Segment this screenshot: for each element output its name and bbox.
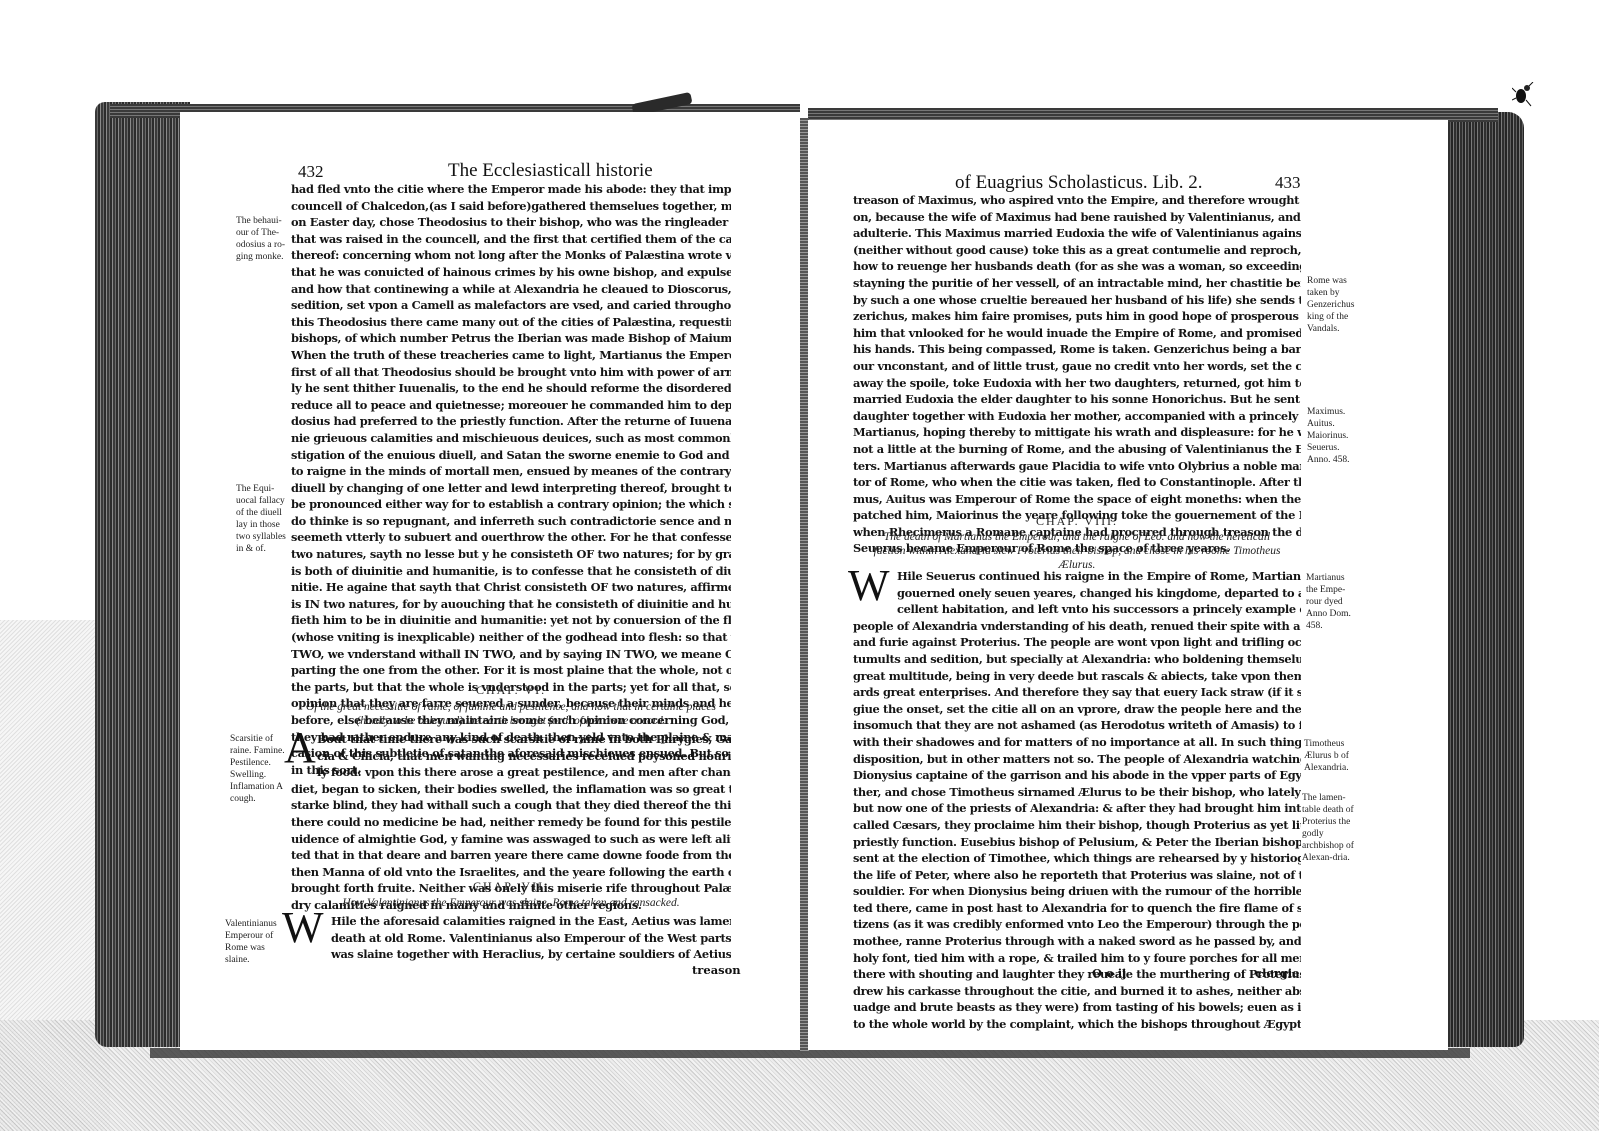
running-head-left: The Ecclesiasticall historie (448, 160, 653, 182)
text-line: cellent habitation, and left vnto his su… (853, 601, 1301, 618)
book-fore-edge-left (95, 102, 190, 1047)
text-line: disposition, but in other matters not so… (853, 751, 1301, 768)
text-line: fieth him to be in diuinitie and humanit… (291, 612, 731, 629)
insect-icon (1512, 82, 1534, 108)
text-line: first of all that Theodosius should be b… (291, 364, 731, 381)
text-line: insomuch that they are not ashamed (as H… (853, 717, 1301, 734)
margin-note: Maximus. Auitus. Maiorinus. Seuerus. Ann… (1307, 406, 1353, 466)
text-line: ards great enterprises. And therefore th… (853, 684, 1301, 701)
text-line: priestly function. Eusebius bishop of Pe… (853, 834, 1301, 851)
text-line: and how that continewing a while at Alex… (291, 281, 731, 298)
text-line: ters. Martianus afterwards gaue Placidia… (853, 458, 1301, 475)
text-line: his hands. This being compassed, Rome is… (853, 341, 1301, 358)
text-line: married Eudoxia the elder daughter to hi… (853, 391, 1301, 408)
text-line: how to reuenge her husbands death (for a… (853, 258, 1301, 275)
margin-note: The behaui-our of The-odosius a ro-ging … (236, 215, 292, 263)
margin-note: Martianus the Empe-rour dyed Anno Dom. 4… (1306, 572, 1354, 632)
running-head-right: of Euagrius Scholasticus. Lib. 2. (955, 172, 1203, 194)
text-line: ly he sent thither Iuuenalis, to the end… (291, 380, 731, 397)
margin-note: Scarsitie of raine. Famine. Pestilence. … (230, 733, 288, 805)
text-line: tizens (as it was credibly enformed vnto… (853, 916, 1301, 933)
text-line: on, because the wife of Maximus had bene… (853, 209, 1301, 226)
text-line: that he was conuicted of hainous crimes … (291, 264, 731, 281)
text-line: then Manna of old vnto the Israelites, a… (291, 864, 731, 881)
margin-note: The Equi-uocal fallacy of the diuell lay… (236, 483, 292, 555)
text-line: stayning the puritie of her vessell, of … (853, 275, 1301, 292)
text-line: drew his carkasse throughout the citie, … (853, 983, 1301, 1000)
text-line: but now one of the priests of Alexandria… (853, 800, 1301, 817)
chapter-8-summary: The death of Martianus the Emperour, and… (870, 530, 1284, 572)
text-line: this Theodosius there came many out of t… (291, 314, 731, 331)
text-line: him that vnlooked for he would inuade th… (853, 325, 1301, 342)
text-line: cia & Cilicia, that men wanting necessar… (291, 748, 731, 765)
book-fore-edge-right (1448, 112, 1524, 1047)
right-body-text: treason of Maximus, who aspired vnto the… (853, 192, 1301, 557)
text-line: ted that in that deare and barren yeare … (291, 847, 731, 864)
text-line: reduce all to peace and quietnesse; more… (291, 397, 731, 414)
chapter-7-heading: CHAP. VII. (291, 879, 731, 894)
text-line: death at old Rome. Valentinianus also Em… (291, 930, 731, 947)
text-line: dosius had preferred to the priestly fun… (291, 413, 731, 430)
chapter-6-summary: Of the great necessitie of raine, of fam… (291, 700, 731, 728)
text-line: our vnconstant, and of little trust, gau… (853, 358, 1301, 375)
text-line: great multitude, being in very deede but… (853, 668, 1301, 685)
text-line: Martianus, hoping thereby to mittigate h… (853, 424, 1301, 441)
text-line: mothee, ranne Proterius through with a n… (853, 933, 1301, 950)
text-line: is both of diuinitie and humanitie, is t… (291, 563, 731, 580)
text-line: uadge and brute beasts as they were) fro… (853, 999, 1301, 1016)
text-line: holy font, tied him with a rope, & trail… (853, 950, 1301, 967)
text-line: that was raised in the councell, and the… (291, 231, 731, 248)
text-line: be pronounced either way for to establis… (291, 496, 731, 513)
text-line: TWO, we vnderstand withall IN TWO, and b… (291, 646, 731, 663)
text-line: to the whole world by the complaint, whi… (853, 1016, 1301, 1033)
text-line: people of Alexandria vnderstanding of hi… (853, 618, 1301, 635)
text-line: called Cæsars, they proclaime him their … (853, 817, 1301, 834)
text-line: by such a one whose crueltie bereaued he… (853, 292, 1301, 309)
catchword-right: clergie (1255, 966, 1299, 980)
text-line: stigation of the enuious diuell, and Sat… (291, 447, 731, 464)
page-number-left: 432 (298, 162, 324, 182)
text-line: daughter together with Eudoxia her mothe… (853, 408, 1301, 425)
text-line: is IN two natures, for by auouching that… (291, 596, 731, 613)
text-line: nie grieuous calamities and mischieuous … (291, 430, 731, 447)
text-line: Dionysius captaine of the garrison and h… (853, 767, 1301, 784)
text-line: on Easter day, chose Theodosius to their… (291, 214, 731, 231)
text-line: tumults and sedition, but specially at A… (853, 651, 1301, 668)
text-line: gouerned onely seuen yeares, changed his… (853, 585, 1301, 602)
catchword-left: treason (692, 963, 741, 977)
text-line: starke blind, they had withall such a co… (291, 797, 731, 814)
text-line: zerichus, makes him faire promises, puts… (853, 308, 1301, 325)
chapter-8-body: Hile Seuerus continued his raigne in the… (853, 568, 1301, 1033)
text-line: adulterie. This Maximus married Eudoxia … (853, 225, 1301, 242)
margin-note: Valentinianus Emperour of Rome was slain… (225, 918, 287, 966)
text-line: tor of Rome, who when the citie was take… (853, 474, 1301, 491)
text-line: treason of Maximus, who aspired vnto the… (853, 192, 1301, 209)
chapter-6-heading: CHAP. VI. (291, 683, 731, 698)
text-line: there with shouting and laughter they re… (853, 966, 1301, 983)
text-line: (neither without good cause) toke this a… (853, 242, 1301, 259)
chapter-7-body: Hile the aforesaid calamities raigned in… (291, 913, 731, 963)
margin-note: Timotheus Ælurus b of Alexandria. (1304, 738, 1356, 774)
text-line: Hile Seuerus continued his raigne in the… (853, 568, 1301, 585)
text-line: diuell by changing of one letter and lew… (291, 480, 731, 497)
text-line: not a little at the burning of Rome, and… (853, 441, 1301, 458)
text-line: (whose vniting is inexplicable) neither … (291, 629, 731, 646)
text-line: ther, and chose Timotheus sirnamed Æluru… (853, 784, 1301, 801)
text-line: When the truth of these treacheries came… (291, 347, 731, 364)
text-line: uidence of almightie God, y famine was a… (291, 831, 731, 848)
margin-note: The lamen-table death of Proterius the g… (1302, 792, 1356, 864)
margin-note: Rome was taken by Genzerichus king of th… (1307, 275, 1353, 335)
text-line: diet, began to sicken, their bodies swel… (291, 781, 731, 798)
text-line: Hile the aforesaid calamities raigned in… (291, 913, 731, 930)
text-line: with their shadowes and for matters of n… (853, 734, 1301, 751)
text-line: do thinke is so repugnant, and inferreth… (291, 513, 731, 530)
page-number-right: 433 (1275, 173, 1301, 193)
text-line: there could no medicine be had, neither … (291, 814, 731, 831)
text-line: away the spoile, toke Eudoxia with her t… (853, 375, 1301, 392)
text-line: to raigne in the minds of mortall men, e… (291, 463, 731, 480)
text-line: mus, Auitus was Emperour of Rome the spa… (853, 491, 1301, 508)
text-line: and furie against Proterius. The people … (853, 634, 1301, 651)
text-line: souldier. For when Dionysius being driue… (853, 883, 1301, 900)
text-line: was slaine together with Heraclius, by c… (291, 946, 731, 963)
text-line: councell of Chalcedon,(as I said before)… (291, 198, 731, 215)
text-line: bishops, of which number Petrus the Iber… (291, 330, 731, 347)
text-line: the life of Peter, where also he reporte… (853, 867, 1301, 884)
text-line: ted there, came in post hast to Alexandr… (853, 900, 1301, 917)
text-line: sedition, set vpon a Camell as malefacto… (291, 297, 731, 314)
text-line: parting the one from the other. For it i… (291, 662, 731, 679)
text-line: ly food: vpon this there arose a great p… (291, 764, 731, 781)
text-line: seemeth vtterly to subuert and ouerthrow… (291, 529, 731, 546)
text-line: two natures, sayth no lesse but y he con… (291, 546, 731, 563)
text-line: sent at the election of Timothee, which … (853, 850, 1301, 867)
chapter-7-summary: How Valentinianus the Emperour was slain… (291, 896, 731, 910)
text-line: thereof: concerning whom not long after … (291, 247, 731, 264)
chapter-8-heading: CHAP. VIII. (853, 514, 1301, 529)
text-line: Bout that time there was such scarsitie … (291, 731, 731, 748)
text-line: giue the onset, set the citie all on an … (853, 701, 1301, 718)
text-line: had fled vnto the citie where the Empero… (291, 181, 731, 198)
text-line: nitie. He againe that sayth that Christ … (291, 579, 731, 596)
signature-mark: O o ij (1092, 966, 1126, 980)
